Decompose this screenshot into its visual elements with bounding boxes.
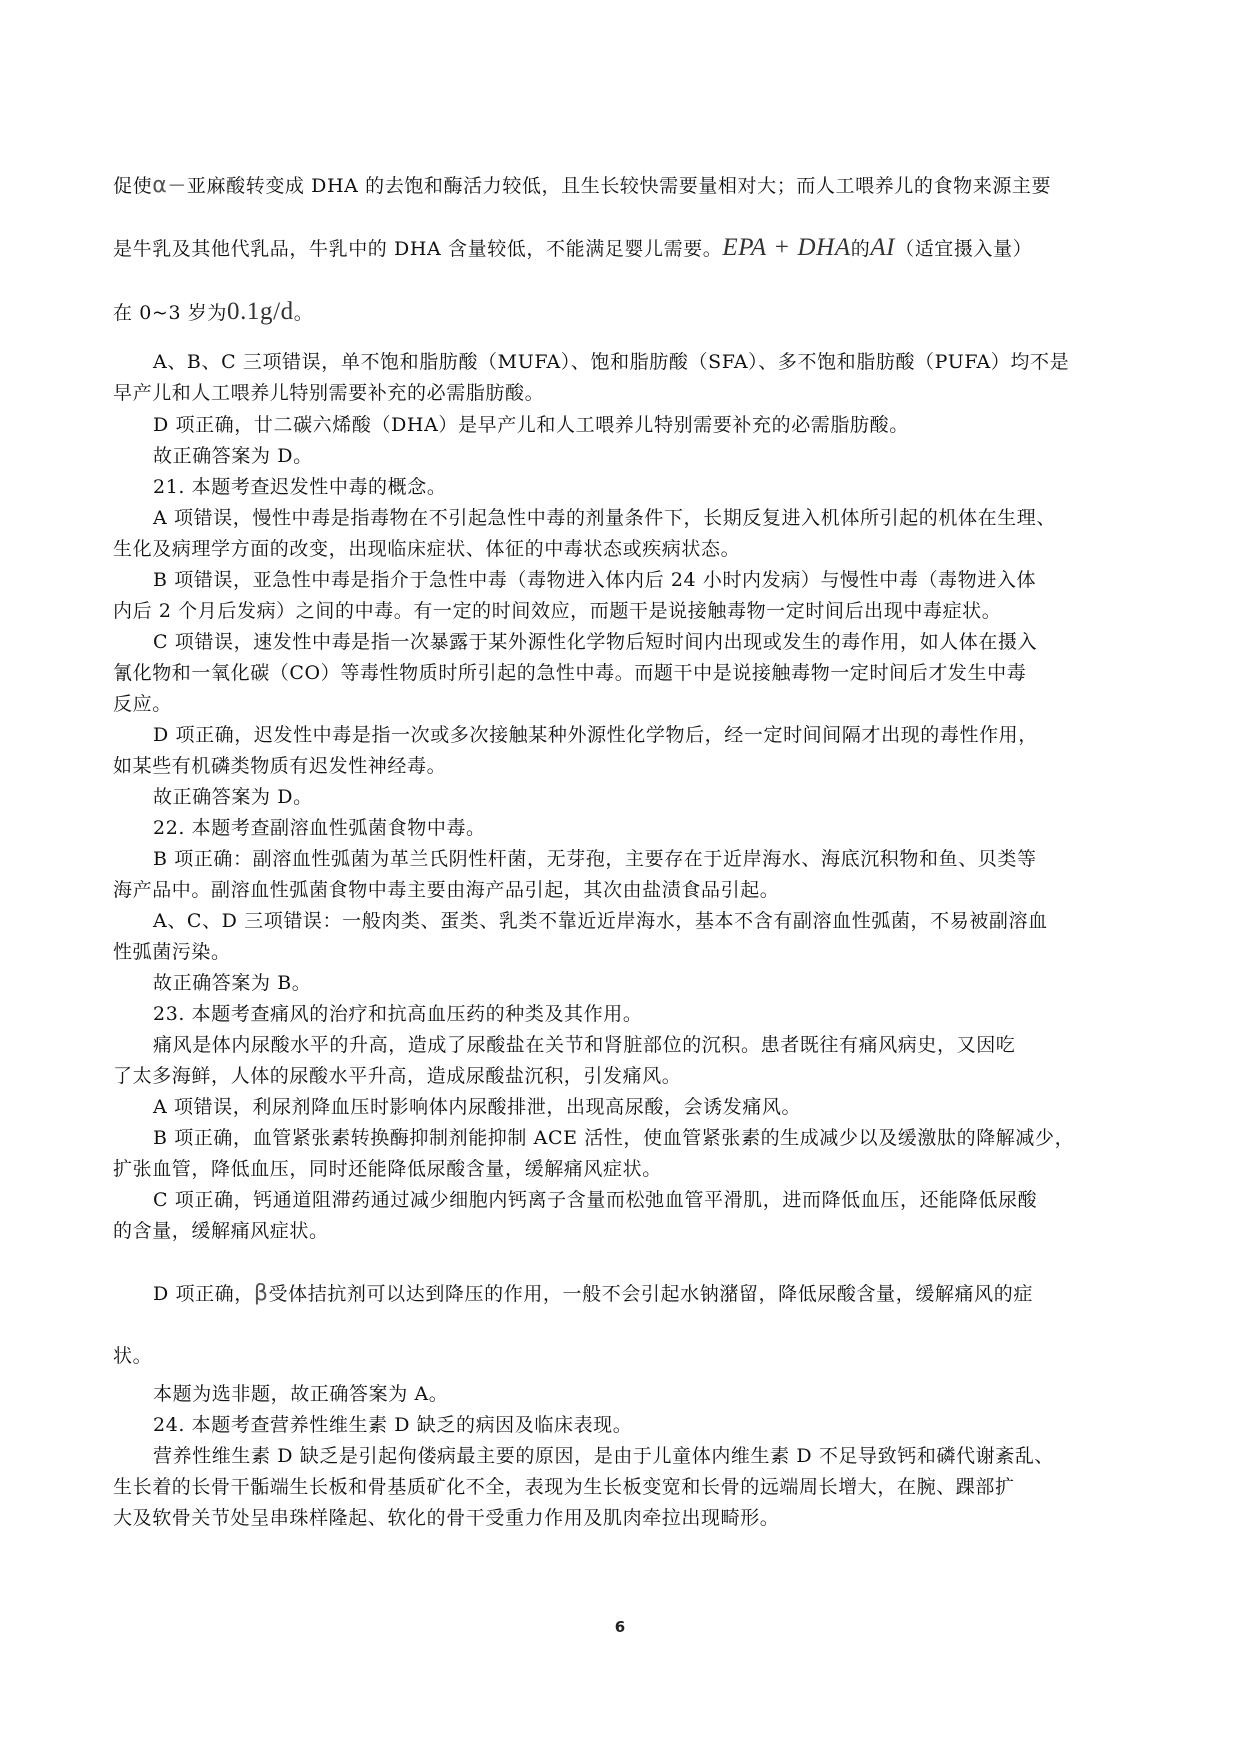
paragraph-line: A 项错误，利尿剂降血压时影响体内尿酸排泄，出现高尿酸，会诱发痛风。 xyxy=(153,1095,1123,1119)
question-heading: 21. 本题考查迟发性中毒的概念。 xyxy=(153,475,1123,499)
paragraph-line: B 项错误，亚急性中毒是指介于急性中毒（毒物进入体内后 24 小时内发病）与慢性… xyxy=(153,568,1123,592)
paragraph-line: 促使α－亚麻酸转变成 DHA 的去饱和酶活力较低，且生长较快需要量相对大；而人工… xyxy=(113,174,1123,198)
paragraph-line: 痛风是体内尿酸水平的升高，造成了尿酸盐在关节和肾脏部位的沉积。患者既往有痛风病史… xyxy=(153,1033,1123,1057)
answer-line: 故正确答案为 B。 xyxy=(153,971,1123,995)
paragraph-line: A 项错误，慢性中毒是指毒物在不引起急性中毒的剂量条件下，长期反复进入机体所引起… xyxy=(153,506,1123,530)
paragraph-line: 氰化物和一氧化碳（CO）等毒性物质时所引起的急性中毒。而题干中是说接触毒物一定时… xyxy=(113,661,1123,685)
page-number: 6 xyxy=(0,1618,1240,1636)
answer-line: 本题为选非题，故正确答案为 A。 xyxy=(153,1382,1123,1406)
text-segment: 在 0~3 岁为 xyxy=(113,302,227,324)
paragraph-line: 反应。 xyxy=(113,692,1123,716)
paragraph-line: D 项正确，廿二碳六烯酸（DHA）是早产儿和人工喂养儿特别需要补充的必需脂肪酸。 xyxy=(153,413,1123,437)
text-segment: 促使 xyxy=(113,175,152,197)
text-segment: 受体拮抗剂可以达到降压的作用，一般不会引起水钠潴留，降低尿酸含量，缓解痛风的症 xyxy=(269,1283,1033,1305)
paragraph-line: 扩张血管，降低血压，同时还能降低尿酸含量，缓解痛风症状。 xyxy=(113,1157,1123,1181)
alpha-symbol: α xyxy=(152,173,167,198)
paragraph-line: A、B、C 三项错误，单不饱和脂肪酸（MUFA）、饱和脂肪酸（SFA）、多不饱和… xyxy=(153,350,1123,374)
text-segment: D 项正确， xyxy=(153,1283,254,1305)
paragraph-line: 海产品中。副溶血性弧菌食物中毒主要由海产品引起，其次由盐渍食品引起。 xyxy=(113,878,1123,902)
paragraph-line: 早产儿和人工喂养儿特别需要补充的必需脂肪酸。 xyxy=(113,381,1123,405)
paragraph-line: 如某些有机磷类物质有迟发性神经毒。 xyxy=(113,754,1123,778)
text-segment: 的 xyxy=(851,238,871,260)
paragraph-line: 是牛乳及其他代乳品，牛乳中的 DHA 含量较低，不能满足婴儿需要。EPA + D… xyxy=(113,236,1123,261)
paragraph-line: D 项正确，β受体拮抗剂可以达到降压的作用，一般不会引起水钠潴留，降低尿酸含量，… xyxy=(153,1282,1123,1306)
answer-line: 故正确答案为 D。 xyxy=(153,785,1123,809)
question-heading: 24. 本题考查营养性维生素 D 缺乏的病因及临床表现。 xyxy=(153,1413,1123,1437)
paragraph-line: 在 0~3 岁为0.1g/d。 xyxy=(113,300,1123,325)
math-formula: 0.1g/d xyxy=(227,298,294,325)
paragraph-line: 了太多海鲜，人体的尿酸水平升高，造成尿酸盐沉积，引发痛风。 xyxy=(113,1064,1123,1088)
paragraph-line: C 项错误，速发性中毒是指一次暴露于某外源性化学物后短时间内出现或发生的毒作用，… xyxy=(153,630,1123,654)
text-segment: 是牛乳及其他代乳品，牛乳中的 DHA 含量较低，不能满足婴儿需要。 xyxy=(113,238,722,260)
text-segment: （适宜摄入量） xyxy=(895,238,1032,260)
paragraph-line: A、C、D 三项错误：一般肉类、蛋类、乳类不靠近近岸海水，基本不含有副溶血性弧菌… xyxy=(153,909,1123,933)
paragraph-line: D 项正确，迟发性中毒是指一次或多次接触某种外源性化学物后，经一定时间间隔才出现… xyxy=(153,723,1123,747)
text-segment: 。 xyxy=(294,302,314,324)
math-formula: AI xyxy=(870,234,895,261)
paragraph-line: 状。 xyxy=(113,1344,1123,1368)
paragraph-line: 性弧菌污染。 xyxy=(113,940,1123,964)
paragraph-line: 生化及病理学方面的改变，出现临床症状、体征的中毒状态或疾病状态。 xyxy=(113,537,1123,561)
paragraph-line: B 项正确，血管紧张素转换酶抑制剂能抑制 ACE 活性，使血管紧张素的生成减少以… xyxy=(153,1126,1123,1150)
paragraph-line: 大及软骨关节处呈串珠样隆起、软化的骨干受重力作用及肌肉牵拉出现畸形。 xyxy=(113,1506,1123,1530)
paragraph-line: B 项正确：副溶血性弧菌为革兰氏阴性杆菌，无芽孢，主要存在于近岸海水、海底沉积物… xyxy=(153,847,1123,871)
paragraph-line: 营养性维生素 D 缺乏是引起佝偻病最主要的原因，是由于儿童体内维生素 D 不足导… xyxy=(153,1444,1123,1468)
paragraph-line: 的含量，缓解痛风症状。 xyxy=(113,1219,1123,1243)
document-page: 促使α－亚麻酸转变成 DHA 的去饱和酶活力较低，且生长较快需要量相对大；而人工… xyxy=(0,0,1240,1754)
beta-symbol: β xyxy=(254,1281,269,1306)
paragraph-line: 内后 2 个月后发病）之间的中毒。有一定的时间效应，而题干是说接触毒物一定时间后… xyxy=(113,599,1123,623)
answer-line: 故正确答案为 D。 xyxy=(153,444,1123,468)
math-formula: EPA + DHA xyxy=(722,234,850,261)
paragraph-line: C 项正确，钙通道阻滞药通过减少细胞内钙离子含量而松弛血管平滑肌，进而降低血压，… xyxy=(153,1188,1123,1212)
question-heading: 22. 本题考查副溶血性弧菌食物中毒。 xyxy=(153,816,1123,840)
text-segment: －亚麻酸转变成 DHA 的去饱和酶活力较低，且生长较快需要量相对大；而人工喂养儿… xyxy=(167,175,1051,197)
question-heading: 23. 本题考查痛风的治疗和抗高血压药的种类及其作用。 xyxy=(153,1002,1123,1026)
paragraph-line: 生长着的长骨干骺端生长板和骨基质矿化不全，表现为生长板变宽和长骨的远端周长增大，… xyxy=(113,1475,1123,1499)
